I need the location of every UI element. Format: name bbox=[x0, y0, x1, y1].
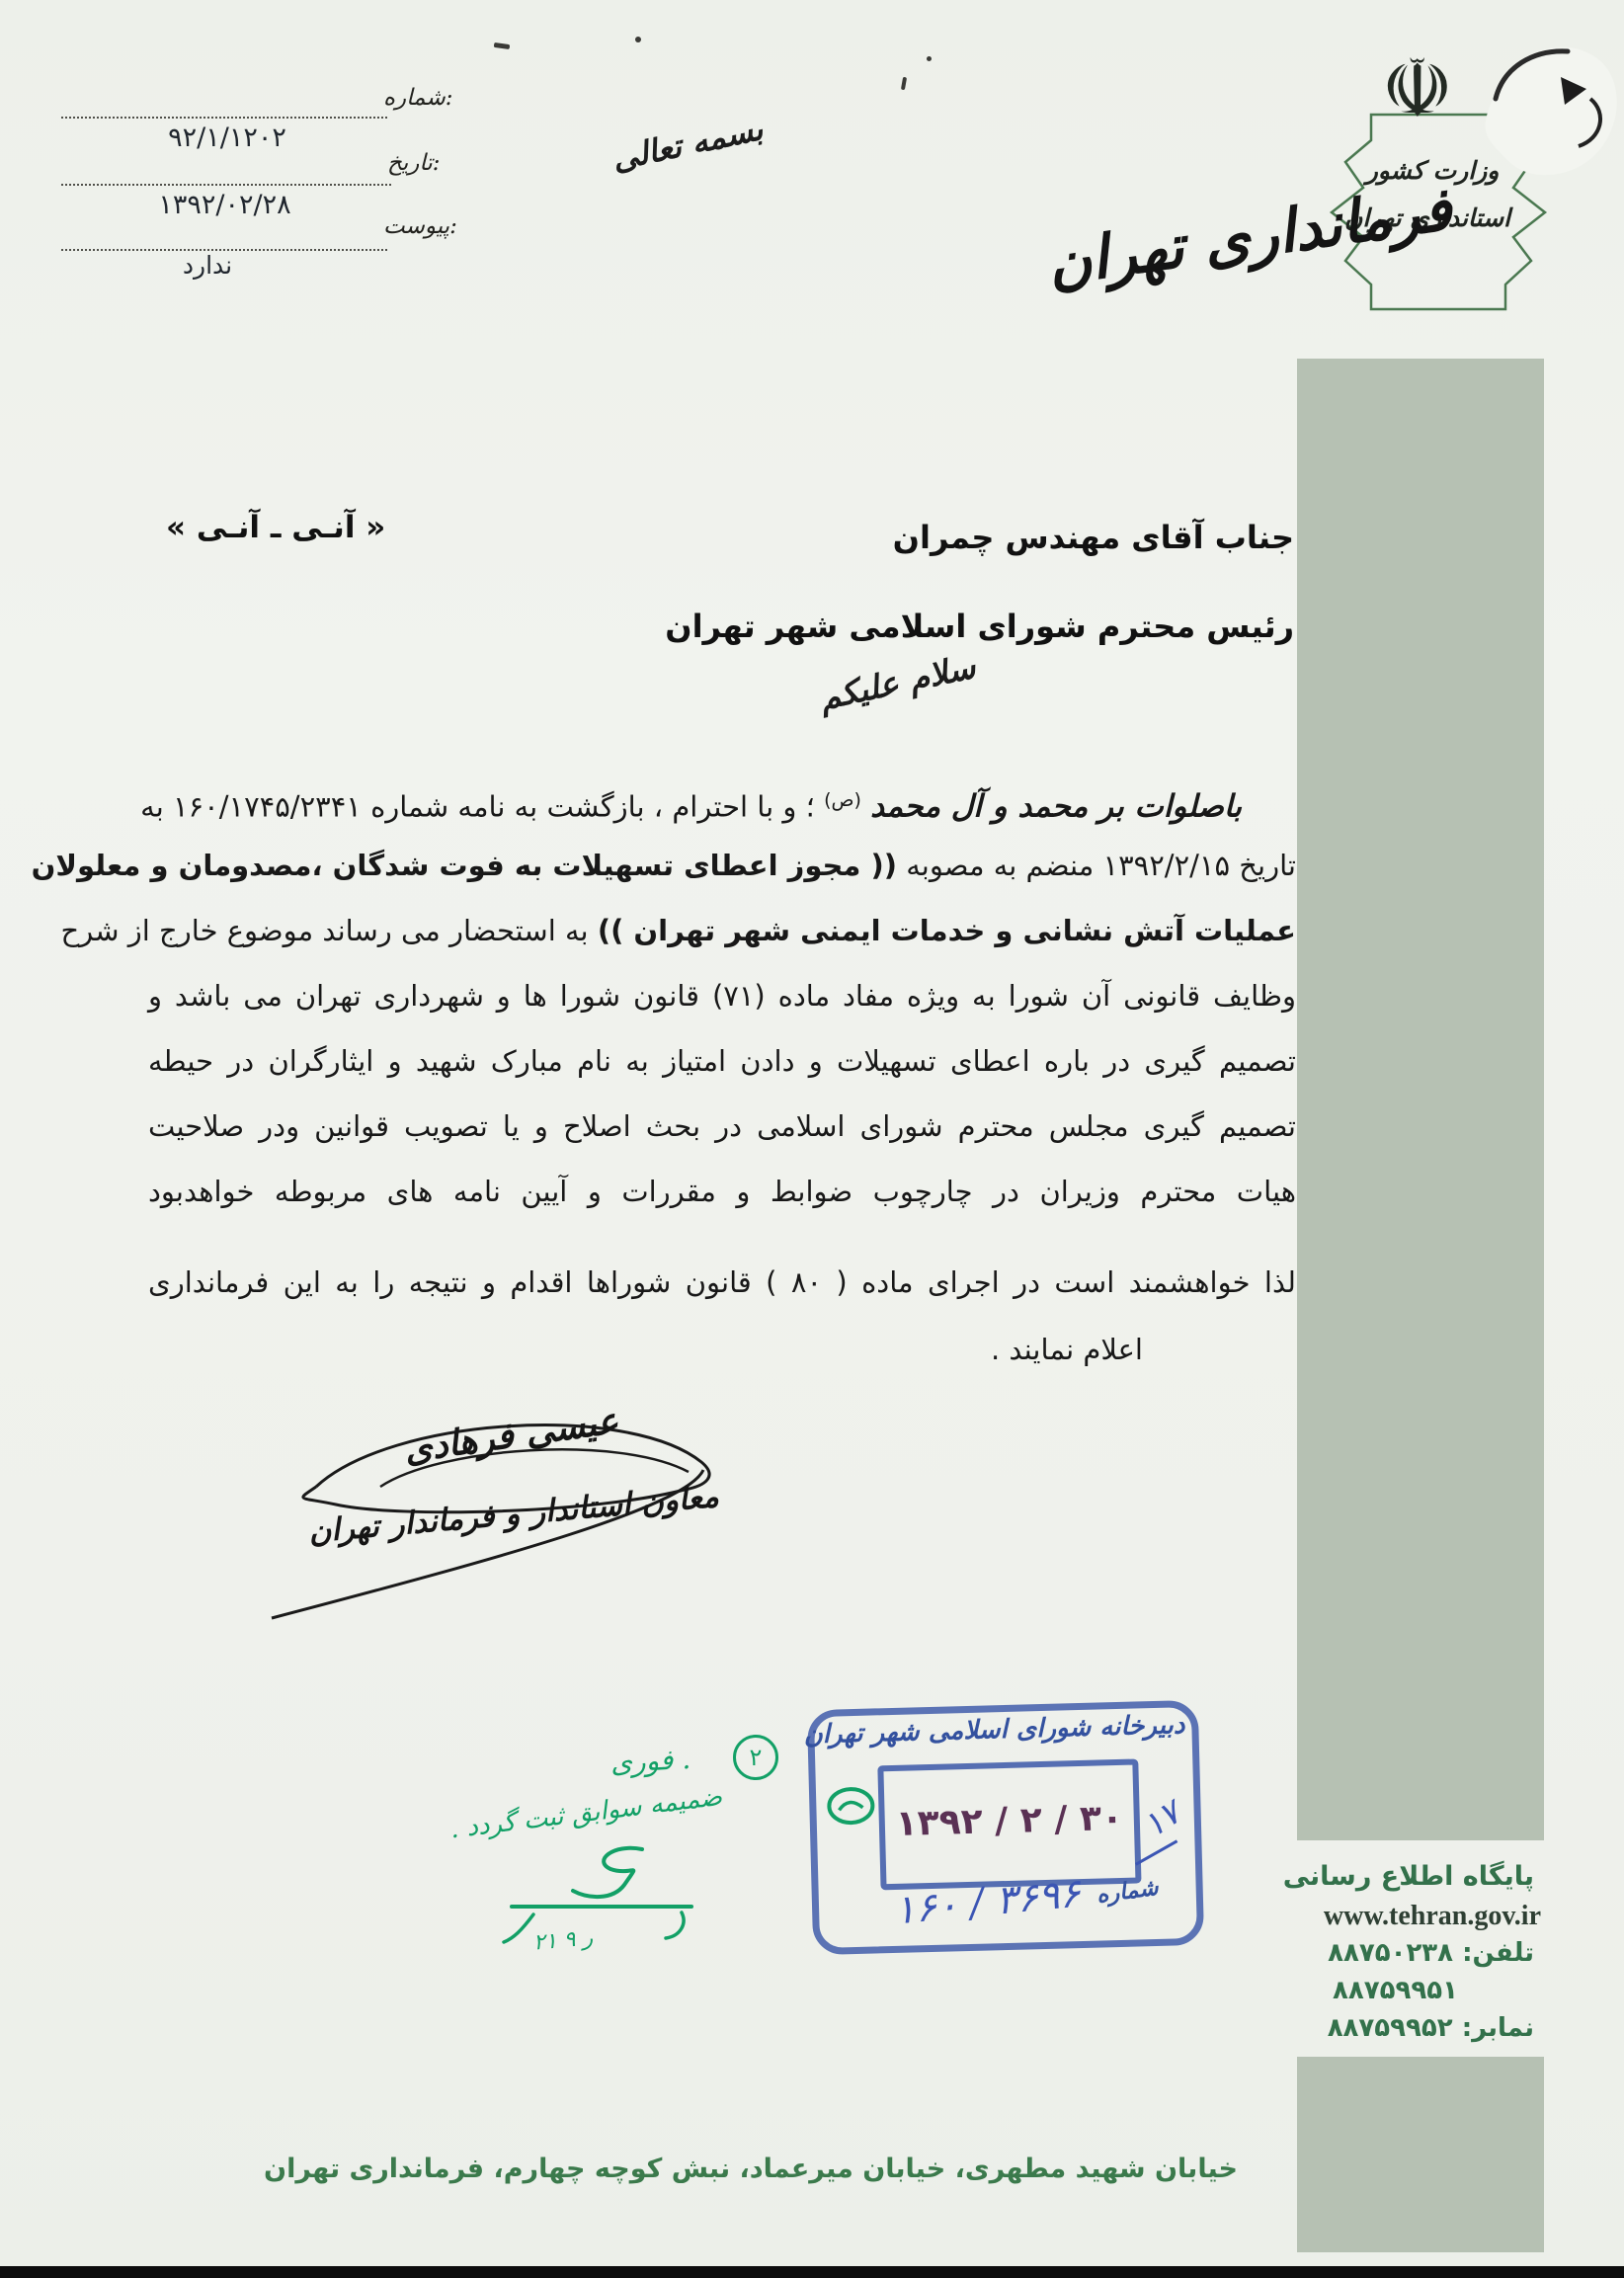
body-paragraph-1: باصلوات بر محمد و آل محمد (ص) ؛ و با احت… bbox=[148, 768, 1296, 1224]
closing-line-2: اعلام نمایند . bbox=[148, 1316, 1296, 1383]
sidebar-website: www.tehran.gov.ir bbox=[1297, 1901, 1541, 1932]
body-line-2-start: تاریخ ۱۳۹۲/۲/۱۵ منضم به مصوبه bbox=[897, 849, 1296, 882]
ref-date-value: ۱۳۹۲/۰۲/۲۸ bbox=[119, 190, 331, 220]
pen-priority-number: ۲ bbox=[733, 1735, 778, 1780]
pen-signature-scribble bbox=[494, 1839, 711, 1950]
fax-number: ۸۸۷۵۹۹۵۲ bbox=[1328, 2013, 1453, 2043]
ref-number-line bbox=[61, 117, 387, 119]
salutation: سلام علیکم bbox=[816, 641, 1008, 718]
ref-number-value: ۹۲/۱/۱۲۰۲ bbox=[128, 122, 326, 153]
invocation-sup: (ص) bbox=[824, 789, 861, 811]
scan-artifact bbox=[494, 42, 511, 49]
body-line-4: وظایف قانونی آن شورا به ویژه مفاد ماده (… bbox=[148, 963, 1296, 1028]
sidebar-info-label: پایگاه اطلاع رسانی bbox=[1297, 1861, 1534, 1892]
body-line-2-bold: (( مجوز اعطای تسهیلات به فوت شدگان ،مصدو… bbox=[32, 849, 897, 882]
ref-attachment-value: ندارد bbox=[148, 251, 267, 280]
website-url: www.tehran.gov.ir bbox=[1324, 1901, 1541, 1931]
pen-note: ضمیمه سوابق ثبت گردد . bbox=[426, 1782, 723, 1847]
phone-label: تلفن: bbox=[1462, 1938, 1534, 1968]
ref-number-label: شماره: bbox=[383, 85, 452, 111]
stamp-date: ۱۳۹۲ / ۲ / ۳۰ bbox=[883, 1765, 1135, 1879]
body-line-3-bold: عملیات آتش نشانی و خدمات ایمنی شهر تهران… bbox=[598, 914, 1296, 947]
closing-line-1: لذا خواهشمند است در اجرای ماده ( ۸۰ ) قا… bbox=[148, 1249, 1296, 1316]
scan-artifact bbox=[901, 77, 907, 90]
sidebar-phone2-line: ۸۸۷۵۹۹۵۱ bbox=[1297, 1976, 1458, 2005]
phone-number: ۸۸۷۵۰۲۳۸ bbox=[1328, 1938, 1453, 1968]
phone-number-2: ۸۸۷۵۹۹۵۱ bbox=[1333, 1976, 1458, 2005]
body-paragraph-2: لذا خواهشمند است در اجرای ماده ( ۸۰ ) قا… bbox=[148, 1249, 1296, 1383]
iran-emblem-icon: ☫ bbox=[1381, 49, 1454, 130]
secretariat-stamp: دبیرخانه شورای اسلامی شهر تهران ۱۳۹۲ / ۲… bbox=[807, 1700, 1204, 1955]
body-line-1: باصلوات بر محمد و آل محمد (ص) ؛ و با احت… bbox=[148, 768, 1296, 833]
sidebar-fax-line: نمابر: ۸۸۷۵۹۹۵۲ bbox=[1297, 2013, 1534, 2043]
scan-artifact bbox=[635, 37, 641, 42]
scan-edge-bar bbox=[0, 2266, 1624, 2278]
invocation: باصلوات بر محمد و آل محمد bbox=[870, 789, 1242, 825]
body-line-1-rest: ؛ و با احترام ، بازگشت به نامه شماره ۱۶۰… bbox=[140, 790, 815, 824]
body-line-2: تاریخ ۱۳۹۲/۲/۱۵ منضم به مصوبه (( مجوز اع… bbox=[148, 833, 1296, 898]
body-line-5: تصمیم گیری در باره اعطای تسهیلات و دادن … bbox=[148, 1028, 1296, 1094]
ref-date-line bbox=[61, 184, 391, 186]
scan-artifact bbox=[927, 56, 932, 61]
body-line-7: هیات محترم وزیران در چارچوب ضوابط و مقرر… bbox=[148, 1159, 1296, 1224]
stamp-date-box: ۱۳۹۲ / ۲ / ۳۰ bbox=[877, 1758, 1141, 1890]
fax-label: نمابر: bbox=[1462, 2013, 1534, 2043]
body-line-3-rest: به استحضار می رساند موضوع خارج از شرح bbox=[61, 914, 589, 947]
body-line-3: عملیات آتش نشانی و خدمات ایمنی شهر تهران… bbox=[148, 898, 1296, 963]
sidebar-phone-line: تلفن: ۸۸۷۵۰۲۳۸ bbox=[1297, 1938, 1534, 1968]
recipient-name: جناب آقای مهندس چمران bbox=[148, 519, 1294, 556]
body-line-6: تصمیم گیری مجلس محترم شورای اسلامی در بح… bbox=[148, 1094, 1296, 1159]
basmala: بسمه تعالی bbox=[609, 101, 810, 179]
side-band-bottom bbox=[1297, 2057, 1544, 2252]
paper-tear bbox=[1474, 38, 1624, 194]
pen-date-scribble: ۲۱ ر ۹ bbox=[532, 1925, 594, 1955]
footer-address: خیابان شهید مطهری، خیابان میرعماد، نبش ک… bbox=[257, 2154, 1245, 2184]
ref-date-label: تاریخ: bbox=[387, 150, 441, 176]
ref-attachment-label: پیوست: bbox=[383, 213, 457, 239]
recipient-title: رئیس محترم شورای اسلامی شهر تهران bbox=[148, 608, 1294, 645]
stamp-green-check-mark bbox=[825, 1783, 877, 1828]
pen-priority-text: فوری . bbox=[609, 1743, 691, 1779]
side-band-top bbox=[1297, 359, 1544, 1840]
scanned-letter-page: شماره: ۹۲/۱/۱۲۰۲ تاریخ: ۱۳۹۲/۰۲/۲۸ پیوست… bbox=[0, 0, 1624, 2278]
